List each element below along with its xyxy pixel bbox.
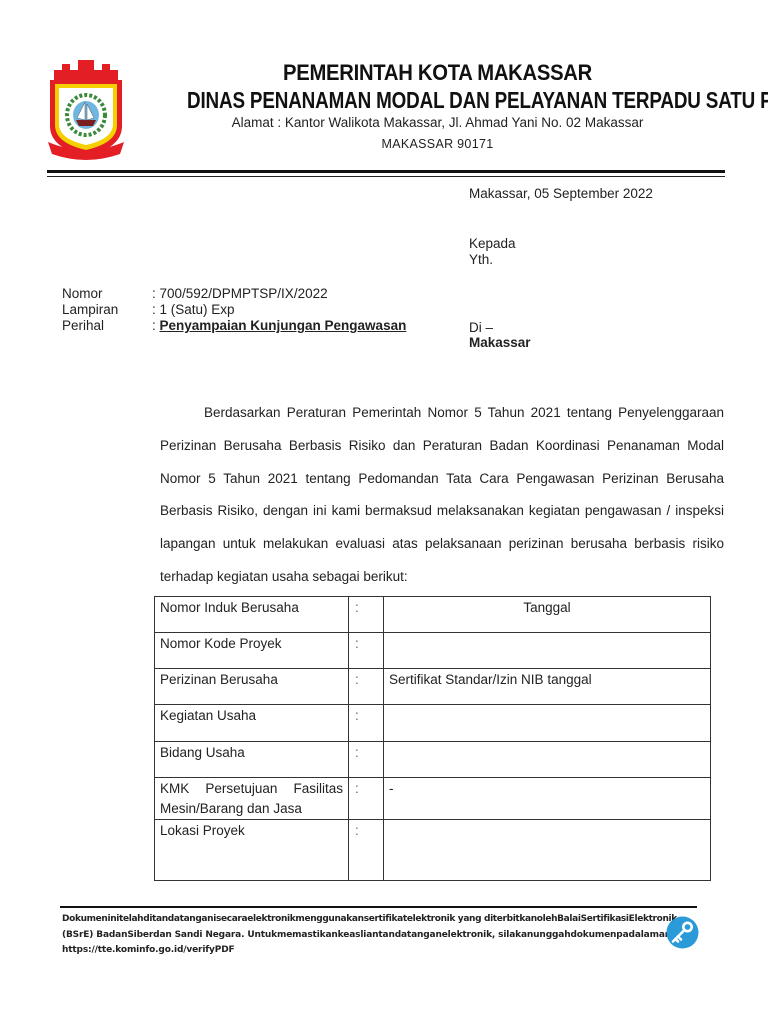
body-paragraph: Berdasarkan Peraturan Pemerintah Nomor 5… — [160, 397, 724, 594]
row-colon: : — [349, 633, 384, 669]
row-value: Sertifikat Standar/Izin NIB tanggal — [384, 669, 711, 705]
row-colon: : — [349, 778, 384, 820]
row-label: Nomor Kode Proyek — [155, 633, 349, 669]
table-row: Bidang Usaha : — [155, 742, 711, 778]
row-label: KMK Persetujuan Fasilitas Mesin/Barang d… — [155, 778, 349, 820]
row-value — [384, 820, 711, 881]
letterhead-rule-thin — [47, 176, 725, 177]
row-value — [384, 742, 711, 778]
table-row: Lokasi Proyek : — [155, 820, 711, 881]
row-label: Bidang Usaha — [155, 742, 349, 778]
row-label: Nomor Induk Berusaha — [155, 597, 349, 633]
subject-text: Penyampaian Kunjungan Pengawasan — [160, 318, 407, 333]
table-row: KMK Persetujuan Fasilitas Mesin/Barang d… — [155, 778, 711, 820]
row-value — [384, 705, 711, 742]
row-value: Tanggal — [384, 597, 711, 633]
recipient-honorific: Yth. — [469, 252, 493, 268]
letterhead-city-postal: MAKASSAR 90171 — [140, 137, 735, 151]
meta-value-nomor: : 700/592/DPMPTSP/IX/2022 — [152, 286, 328, 302]
meta-value-perihal: : Penyampaian Kunjungan Pengawasan — [152, 318, 406, 334]
e-signature-notice-line1: Dokumeninitelahditandatanganisecaraelekt… — [62, 912, 662, 928]
row-colon: : — [349, 820, 384, 881]
row-value — [384, 633, 711, 669]
letterhead-address: Alamat : Kantor Walikota Makassar, Jl. A… — [140, 115, 735, 130]
table-row: Nomor Induk Berusaha : Tanggal — [155, 597, 711, 633]
row-colon: : — [349, 669, 384, 705]
row-label: Perizinan Berusaha — [155, 669, 349, 705]
recipient-to-label: Kepada — [469, 236, 516, 252]
table-row: Perizinan Berusaha : Sertifikat Standar/… — [155, 669, 711, 705]
meta-label-perihal: Perihal — [62, 318, 104, 334]
table-row: Nomor Kode Proyek : — [155, 633, 711, 669]
recipient-at-label: Di – — [469, 320, 493, 336]
row-label: Lokasi Proyek — [155, 820, 349, 881]
meta-value-lampiran: : 1 (Satu) Exp — [152, 302, 235, 318]
letterhead-rule-thick — [47, 170, 725, 173]
row-label: Kegiatan Usaha — [155, 705, 349, 742]
bsre-key-icon — [666, 916, 699, 949]
city-coat-of-arms-icon — [46, 58, 126, 164]
footer-rule — [60, 906, 697, 908]
letterhead-government: PEMERINTAH KOTA MAKASSAR — [164, 60, 711, 86]
e-signature-notice: Dokumeninitelahditandatanganisecaraelekt… — [62, 912, 662, 959]
row-value: - — [384, 778, 711, 820]
row-colon: : — [349, 705, 384, 742]
meta-label-nomor: Nomor — [62, 286, 103, 302]
meta-label-lampiran: Lampiran — [62, 302, 118, 318]
row-colon: : — [349, 597, 384, 633]
place-date: Makassar, 05 September 2022 — [469, 186, 653, 202]
table-row: Kegiatan Usaha : — [155, 705, 711, 742]
row-colon: : — [349, 742, 384, 778]
business-info-table: Nomor Induk Berusaha : Tanggal Nomor Kod… — [154, 596, 711, 881]
verify-link[interactable]: https://tte.kominfo.go.id/verifyPDF — [62, 943, 662, 959]
letterhead-agency: DINAS PENANAMAN MODAL DAN PELAYANAN TERP… — [187, 87, 679, 114]
recipient-location: Makassar — [469, 335, 531, 351]
meta-colon: : — [152, 318, 160, 333]
e-signature-notice-line2: (BSrE) BadanSiberdan Sandi Negara. Untuk… — [62, 928, 662, 944]
